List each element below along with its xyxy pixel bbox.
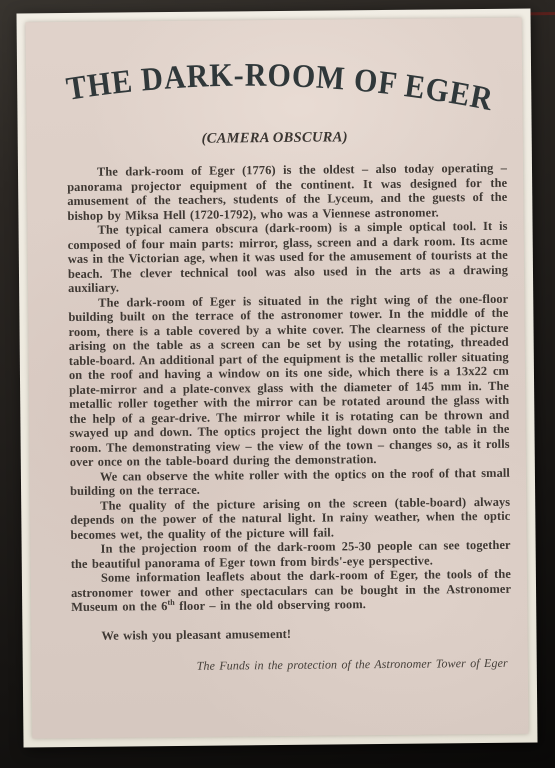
- body-paragraph-text: floor – in the old observing room.: [175, 597, 366, 613]
- page-title: THE DARK-ROOM OF EGER: [64, 55, 497, 122]
- body-paragraph: The typical camera obscura (dark-room) i…: [68, 219, 509, 296]
- paper-sheet: THE DARK-ROOM OF EGER (CAMERA OBSCURA) T…: [26, 18, 529, 739]
- body-paragraph: In the projection room of the dark-room …: [71, 538, 511, 571]
- superscript-ordinal: th: [167, 598, 174, 607]
- page-title-arc: THE DARK-ROOM OF EGER: [26, 30, 523, 131]
- body-paragraph: The dark-room of Eger (1776) is the olde…: [67, 161, 508, 223]
- body-paragraph: We can observe the white roller with the…: [70, 465, 510, 498]
- body-paragraph: The quality of the picture arising on th…: [70, 494, 510, 542]
- body-paragraph: The dark-room of Eger is situated in the…: [68, 291, 510, 469]
- body-paragraph: Some information leaflets about the dark…: [71, 567, 511, 615]
- frame-mat: THE DARK-ROOM OF EGER (CAMERA OBSCURA) T…: [16, 9, 537, 748]
- svg-text:THE DARK-ROOM OF EGER: THE DARK-ROOM OF EGER: [64, 55, 497, 122]
- page-subtitle: (CAMERA OBSCURA): [27, 128, 523, 150]
- document-body: The dark-room of Eger (1776) is the olde…: [27, 161, 528, 675]
- photo-background: THE DARK-ROOM OF EGER (CAMERA OBSCURA) T…: [0, 0, 555, 768]
- closing-line: We wish you pleasant amusement!: [71, 624, 511, 643]
- footer-credit: The Funds in the protection of the Astro…: [72, 656, 512, 675]
